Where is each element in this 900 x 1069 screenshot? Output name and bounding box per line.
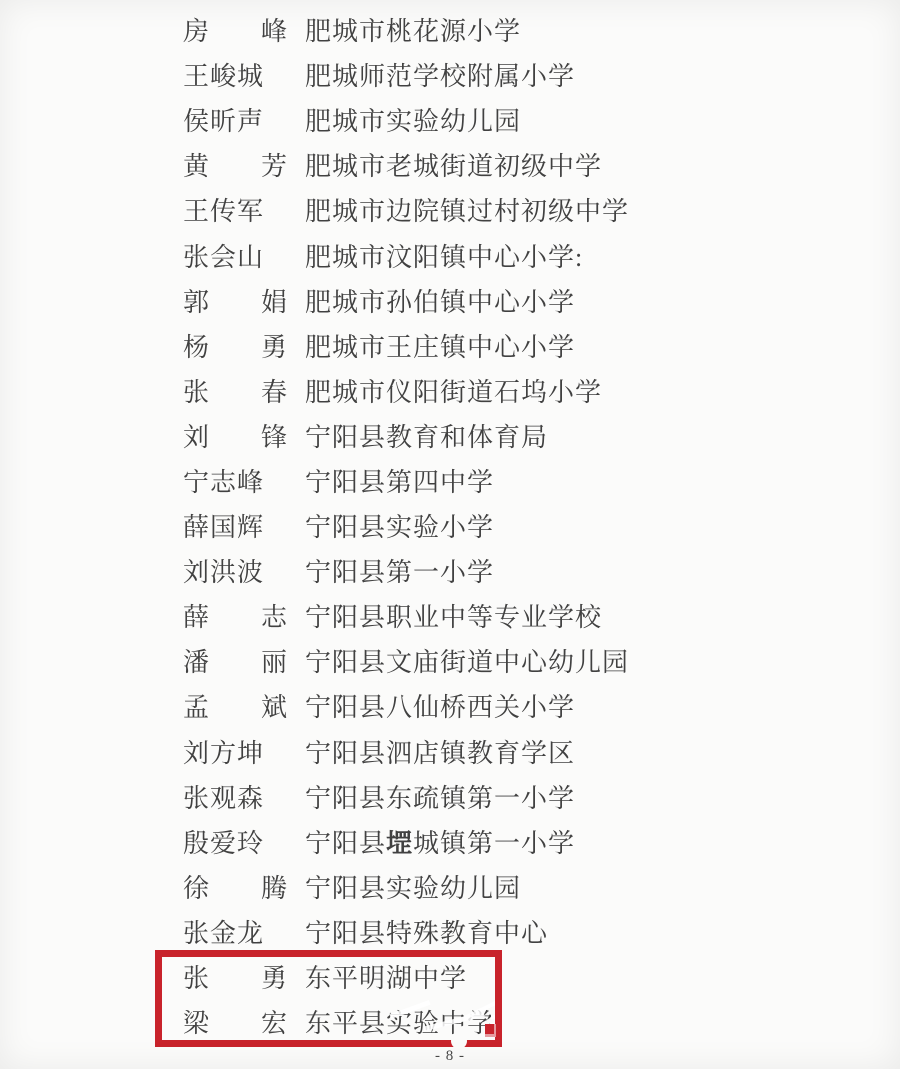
list-item-highlighted: 梁宏 东平县实验中学: [0, 999, 900, 1044]
list-item: 殷爱玲 宁阳县堽城镇第一小学: [0, 819, 900, 864]
list-item: 黄芳肥城市老城街道初级中学: [0, 142, 900, 187]
award-list: 房峰肥城市桃花源小学 王峻城肥城师范学校附属小学 侯昕声肥城市实验幼儿园 黄芳肥…: [0, 7, 900, 1044]
document-page: 房峰肥城市桃花源小学 王峻城肥城师范学校附属小学 侯昕声肥城市实验幼儿园 黄芳肥…: [0, 0, 900, 1069]
list-item: 房峰肥城市桃花源小学: [0, 7, 900, 52]
list-item: 张会山肥城市汶阳镇中心小学:: [0, 232, 900, 277]
organization-name: 东平县实验中学: [305, 1003, 494, 1040]
organization-name: 肥城市仪阳街道石坞小学: [305, 372, 602, 409]
person-name: 徐腾: [183, 868, 287, 905]
person-name: 侯昕声: [183, 101, 287, 138]
organization-name: 宁阳县泗店镇教育学区: [305, 733, 575, 770]
organization-name: 肥城市桃花源小学: [305, 11, 521, 48]
list-item: 薛国辉宁阳县实验小学: [0, 503, 900, 548]
list-item: 王峻城肥城师范学校附属小学: [0, 52, 900, 97]
list-item: 刘洪波宁阳县第一小学: [0, 548, 900, 593]
organization-name: 肥城师范学校附属小学: [305, 56, 575, 93]
organization-name: 宁阳县实验小学: [305, 507, 494, 544]
page-number: - 8 -: [0, 1048, 900, 1065]
list-item: 王传军肥城市边院镇过村初级中学: [0, 187, 900, 232]
person-name: 王传军: [183, 191, 287, 228]
organization-name: 宁阳县第一小学: [305, 552, 494, 589]
list-item: 侯昕声肥城市实验幼儿园: [0, 97, 900, 142]
list-item: 徐腾宁阳县实验幼儿园: [0, 864, 900, 909]
person-name: 孟斌: [183, 687, 287, 724]
list-item: 潘丽宁阳县文庙街道中心幼儿园: [0, 638, 900, 683]
organization-name: 宁阳县职业中等专业学校: [305, 597, 602, 634]
person-name: 刘锋: [183, 417, 287, 454]
list-item: 张观森宁阳县东疏镇第一小学: [0, 774, 900, 819]
org-text-pre: 宁阳县: [305, 829, 386, 858]
list-item: 杨勇肥城市王庄镇中心小学: [0, 323, 900, 368]
list-item: 张春肥城市仪阳街道石坞小学: [0, 368, 900, 413]
person-name: 刘洪波: [183, 552, 287, 589]
person-name: 张观森: [183, 778, 287, 815]
list-item-highlighted: 张勇东平明湖中学: [0, 954, 900, 999]
person-name: 薛志: [183, 597, 287, 634]
organization-name: 宁阳县特殊教育中心: [305, 913, 548, 950]
person-name: 张金龙: [183, 913, 287, 950]
organization-name: 宁阳县八仙桥西关小学: [305, 687, 575, 724]
organization-name: 宁阳县第四中学: [305, 462, 494, 499]
org-text: 东平县实验中学: [305, 1009, 494, 1038]
person-name: 潘丽: [183, 642, 287, 679]
person-name: 张勇: [183, 958, 287, 995]
person-name: 梁宏: [183, 1003, 287, 1040]
person-name: 房峰: [183, 11, 287, 48]
organization-name: 肥城市老城街道初级中学: [305, 146, 602, 183]
organization-name: 东平明湖中学: [305, 958, 467, 995]
list-item: 刘锋宁阳县教育和体育局: [0, 413, 900, 458]
list-item: 孟斌宁阳县八仙桥西关小学: [0, 683, 900, 728]
list-item: 刘方坤宁阳县泗店镇教育学区: [0, 729, 900, 774]
organization-name: 肥城市王庄镇中心小学: [305, 327, 575, 364]
organization-name: 宁阳县堽城镇第一小学: [305, 823, 575, 860]
person-name: 王峻城: [183, 56, 287, 93]
person-name: 薛国辉: [183, 507, 287, 544]
list-item: 张金龙宁阳县特殊教育中心: [0, 909, 900, 954]
person-name: 刘方坤: [183, 733, 287, 770]
person-name: 殷爱玲: [183, 823, 287, 860]
organization-name: 宁阳县文庙街道中心幼儿园: [305, 642, 629, 679]
organization-name: 肥城市实验幼儿园: [305, 101, 521, 138]
person-name: 黄芳: [183, 146, 287, 183]
organization-name: 宁阳县教育和体育局: [305, 417, 548, 454]
person-name: 宁志峰: [183, 462, 287, 499]
org-text-bold-char: 堽: [386, 829, 413, 858]
organization-name: 肥城市汶阳镇中心小学:: [305, 237, 583, 274]
person-name: 张会山: [183, 237, 287, 274]
org-text-post: 城镇第一小学: [413, 829, 575, 858]
organization-name: 肥城市边院镇过村初级中学: [305, 191, 629, 228]
organization-name: 肥城市孙伯镇中心小学: [305, 282, 575, 319]
list-item: 薛志宁阳县职业中等专业学校: [0, 593, 900, 638]
person-name: 张春: [183, 372, 287, 409]
person-name: 郭娟: [183, 282, 287, 319]
list-item: 郭娟肥城市孙伯镇中心小学: [0, 278, 900, 323]
organization-name: 宁阳县东疏镇第一小学: [305, 778, 575, 815]
organization-name: 宁阳县实验幼儿园: [305, 868, 521, 905]
list-item: 宁志峰宁阳县第四中学: [0, 458, 900, 503]
person-name: 杨勇: [183, 327, 287, 364]
